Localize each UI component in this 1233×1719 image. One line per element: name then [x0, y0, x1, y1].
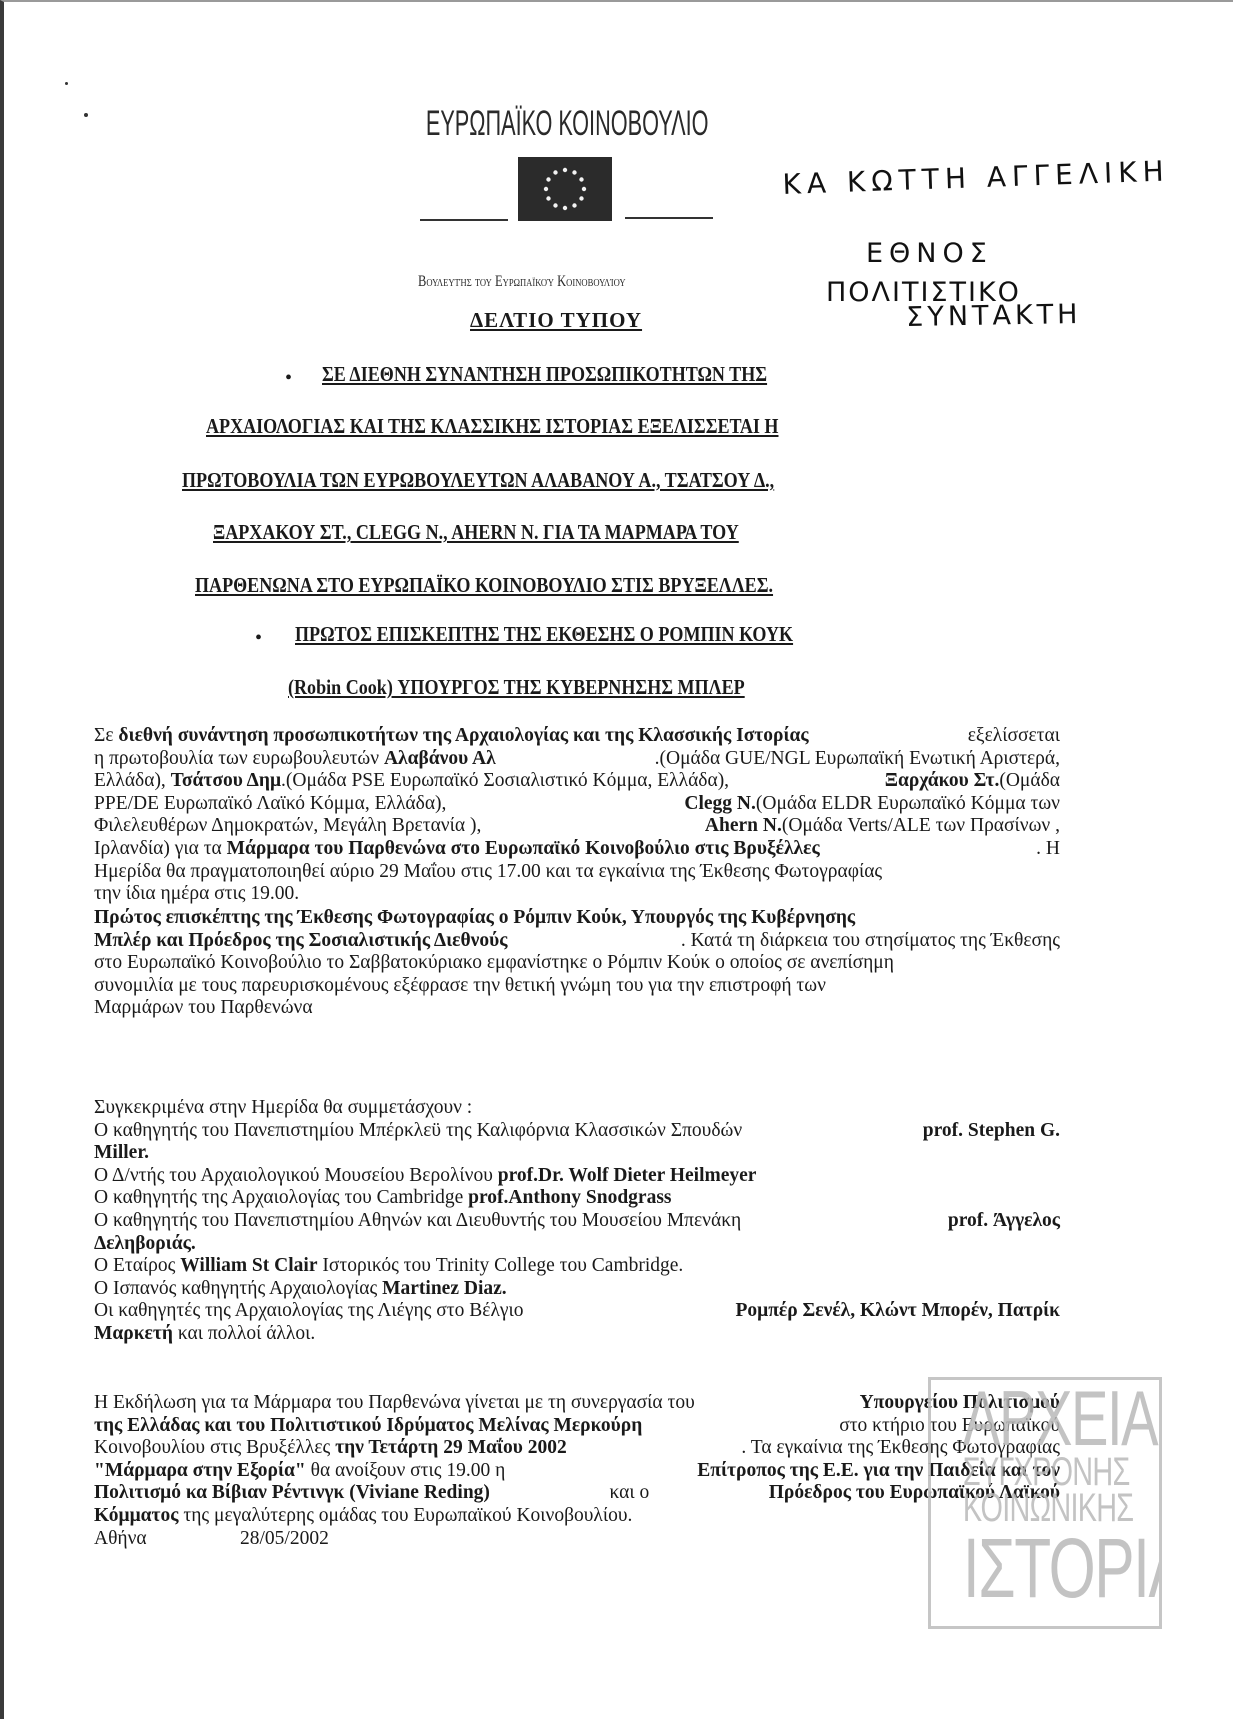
text-line: Πρώτος επισκέπτης της Έκθεσης Φωτογραφία…	[94, 907, 1060, 930]
text-line: συνομιλία με τους παρευρισκομένους εξέφρ…	[94, 975, 1060, 998]
bullet-icon: •	[285, 367, 292, 390]
text-line: PPE/DE Ευρωπαϊκό Λαϊκό Κόμμα, Ελλάδα), C…	[94, 793, 1060, 816]
text-line: Μαρμάρων του Παρθενώνα	[94, 997, 1060, 1020]
letterhead-rule-left	[420, 219, 508, 221]
headline-line: ΞΑΡΧΑΚΟΥ ΣΤ., CLEGG N., AHERN N. ΓΙΑ ΤΑ …	[213, 520, 739, 545]
participant-item: Ο Ισπανός καθηγητής Αρχαιολογίας Martine…	[94, 1278, 1060, 1301]
text-line: "Μάρμαρα στην Εξορία" θα ανοίξουν στις 1…	[94, 1460, 1060, 1483]
headline-line: ΠΡΩΤΟΒΟΥΛΙΑ ΤΩΝ ΕΥΡΩΒΟΥΛΕΥΤΩΝ ΑΛΑΒΑΝΟΥ Α…	[182, 468, 774, 493]
text-line: Φιλελευθέρων Δημοκρατών, Μεγάλη Βρετανία…	[94, 815, 1060, 838]
archive-stamp: ΑΡΧΕΙΑ ΣΥΓΧΡΟΝΗΣ ΚΟΙΝΩΝΙΚΗΣ ΙΣΤΟΡΙΑΣ	[928, 1377, 1162, 1629]
text-line: Κοινοβουλίου στις Βρυξέλλες την Τετάρτη …	[94, 1437, 1060, 1460]
text-line: στο Ευρωπαϊκό Κοινοβούλιο το Σαββατοκύρι…	[94, 952, 1060, 975]
participant-item: Οι καθηγητές της Αρχαιολογίας της Λιέγης…	[94, 1300, 1060, 1323]
participant-item: Δεληβοριάς.	[94, 1233, 1060, 1256]
paragraph-event: Η Εκδήλωση για τα Μάρμαρα του Παρθενώνα …	[94, 1392, 1060, 1550]
text-line: Σε διεθνή συνάντηση προσωπικοτήτων της Α…	[94, 725, 1060, 748]
headline-line: ΣΕ ΔΙΕΘΝΗ ΣΥΝΑΝΤΗΣΗ ΠΡΟΣΩΠΙΚΟΤΗΤΩΝ ΤΗΣ	[322, 362, 767, 387]
document-type: ΔΕΛΤΙΟ ΤΥΠΟΥ	[470, 308, 642, 333]
signoff-place: Αθήνα	[94, 1528, 240, 1551]
letterhead-rule-right	[625, 217, 713, 219]
eu-stars-icon	[518, 157, 612, 221]
text-line: Κόμματος της μεγαλύτερης ομάδας του Ευρω…	[94, 1505, 1060, 1528]
participant-item: Ο Δ/ντής του Αρχαιολογικού Μουσείου Βερο…	[94, 1165, 1060, 1188]
participant-item: Ο καθηγητής της Αρχαιολογίας του Cambrid…	[94, 1187, 1060, 1210]
handwritten-newspaper: ΕΘΝΟΣ	[866, 238, 993, 269]
text-line: Ημερίδα θα πραγματοποιηθεί αύριο 29 Μαΐο…	[94, 861, 1060, 884]
text-line: την ίδια ημέρα στις 19.00.	[94, 883, 1060, 906]
text-line: Μπλέρ και Πρόεδρος της Σοσιαλιστικής Διε…	[94, 930, 1060, 953]
eu-flag-icon	[518, 157, 612, 221]
letterhead-subtitle: Βουλευτής του Ευρωπαϊκού Κοινοβουλίου	[418, 273, 626, 291]
participants-list: Συγκεκριμένα στην Ημερίδα θα συμμετάσχου…	[94, 1097, 1060, 1346]
signoff: Αθήνα28/05/2002	[94, 1528, 1060, 1551]
participant-item: Ο καθηγητής του Πανεπιστημίου Αθηνών και…	[94, 1210, 1060, 1233]
text-line: Ελλάδα), Τσάτσου Δημ.(Ομάδα PSE Ευρωπαϊκ…	[94, 770, 1060, 793]
scan-speck	[65, 82, 68, 85]
headline-line: ΑΡΧΑΙΟΛΟΓΙΑΣ ΚΑΙ ΤΗΣ ΚΛΑΣΣΙΚΗΣ ΙΣΤΟΡΙΑΣ …	[206, 414, 778, 439]
text-line: της Ελλάδας και του Πολιτιστικού Ιδρύματ…	[94, 1415, 1060, 1438]
text-line: Ιρλανδία) για τα Μάρμαρα του Παρθενώνα σ…	[94, 838, 1060, 861]
text-line: Πολιτισμό κα Βίβιαν Ρέντινγκ (Viviane Re…	[94, 1482, 1060, 1505]
signoff-date: 28/05/2002	[240, 1528, 329, 1549]
bullet-icon: •	[255, 627, 262, 650]
handwritten-recipient: ΚΑ ΚΩΤΤΗ ΑΓΓΕΛΙΚΗ	[782, 154, 1170, 200]
stamp-line: ΑΡΧΕΙΑ	[963, 1378, 1127, 1458]
stamp-line: ΙΣΤΟΡΙΑΣ	[963, 1526, 1127, 1610]
participant-item: Ο Εταίρος William St Clair Ιστορικός του…	[94, 1255, 1060, 1278]
participant-item: Ο καθηγητής του Πανεπιστημίου Μπέρκλεϋ τ…	[94, 1120, 1060, 1143]
paragraph-robin-cook: Πρώτος επισκέπτης της Έκθεσης Φωτογραφία…	[94, 907, 1060, 1020]
headline-line: ΠΡΩΤΟΣ ΕΠΙΣΚΕΠΤΗΣ ΤΗΣ ΕΚΘΕΣΗΣ Ο ΡΟΜΠΙΝ Κ…	[295, 622, 793, 647]
text-line: Η Εκδήλωση για τα Μάρμαρα του Παρθενώνα …	[94, 1392, 1060, 1415]
scan-speck	[84, 113, 88, 117]
participant-item: Miller.	[94, 1142, 1060, 1165]
participant-item: Μαρκετή και πολλοί άλλοι.	[94, 1323, 1060, 1346]
handwritten-role: ΣΥΝΤΑΚΤΗ	[906, 299, 1082, 333]
headline-line: ΠΑΡΘΕΝΩΝΑ ΣΤΟ ΕΥΡΩΠΑΪΚΟ ΚΟΙΝΟΒΟΥΛΙΟ ΣΤΙΣ…	[195, 573, 773, 598]
headline-line: (Robin Cook) ΥΠΟΥΡΓΟΣ ΤΗΣ ΚΥΒΕΡΝΗΣΗΣ ΜΠΛ…	[288, 675, 745, 700]
participants-intro: Συγκεκριμένα στην Ημερίδα θα συμμετάσχου…	[94, 1097, 1060, 1120]
text-line: η πρωτοβουλία των ευρωβουλευτών Αλαβάνου…	[94, 748, 1060, 771]
institution-title: ΕΥΡΩΠΑΪΚΟ ΚΟΙΝΟΒΟΥΛΙΟ	[406, 104, 728, 144]
paragraph-initiative: Σε διεθνή συνάντηση προσωπικοτήτων της Α…	[94, 725, 1060, 906]
